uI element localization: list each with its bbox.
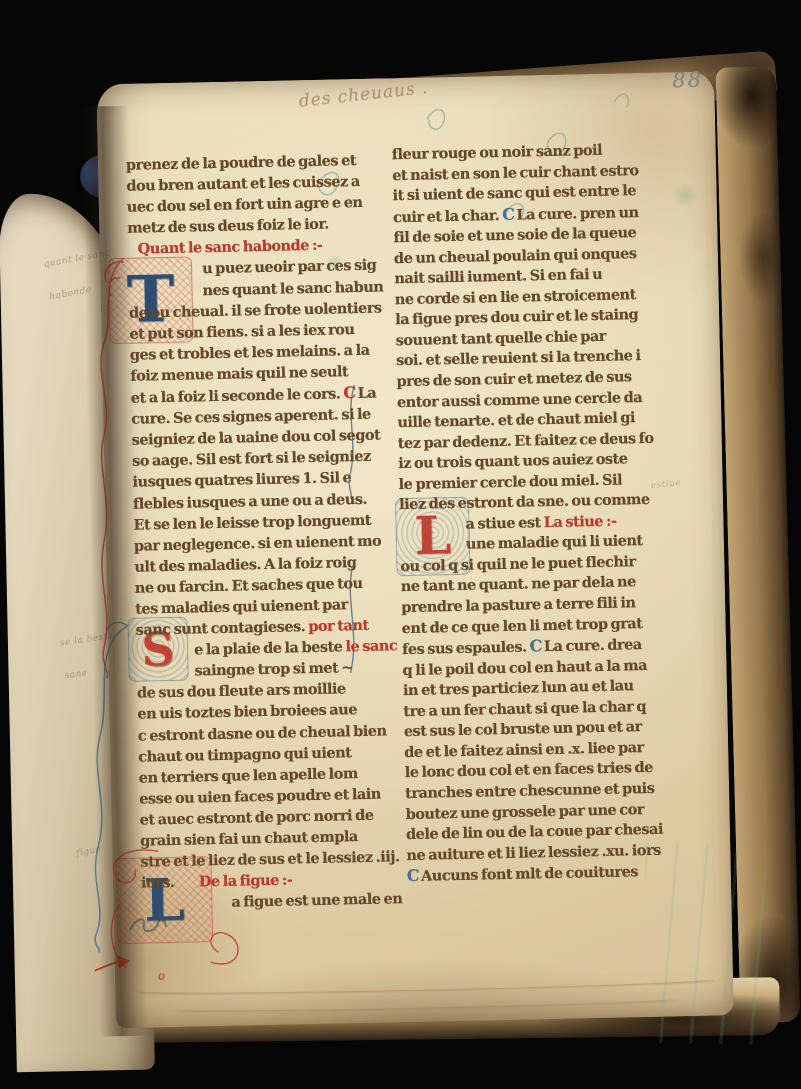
body-text: et a la foiz li seconde le cors. xyxy=(131,385,344,406)
body-text: tranches entre chescunne et puis xyxy=(405,780,655,802)
paraph-mark: C xyxy=(343,383,358,402)
text-column-left: prenez de la poudre de gales etdou bren … xyxy=(126,149,403,915)
page-crease xyxy=(135,974,715,996)
photo-background: des cheuaus . 88 xyxy=(0,0,801,1089)
body-text: et naist en son le cuir chant estro xyxy=(392,162,639,184)
body-text: en uis toztes bien broiees aue xyxy=(137,702,357,724)
rubric-text: Quant le sanc habonde :- xyxy=(138,237,323,258)
body-text: ou col q si quil ne le puet flechir xyxy=(400,553,636,575)
body-text: ne corde si en lie en stroicement xyxy=(395,286,636,308)
body-text: de un cheual poulain qui onques xyxy=(394,245,637,267)
body-text: ne ou farcin. Et saches que tou xyxy=(135,575,363,597)
rubric-text: por tant xyxy=(308,617,369,635)
body-text: est sus le col bruste un pou et ar xyxy=(404,718,642,740)
body-text: fes sus espaules. xyxy=(402,639,530,659)
body-text: ne tant ne quant. ne par dela ne xyxy=(401,574,636,596)
folio-number: 88 xyxy=(672,68,703,93)
body-text: in et tres particiez lun au et lau xyxy=(403,678,634,700)
body-text: it si uient de sanc qui est entre le xyxy=(392,182,636,204)
body-text: grain sien fai un chaut empla xyxy=(140,828,358,850)
body-text: entor aussi comme une cercle da xyxy=(397,389,643,411)
teal-offset-stain xyxy=(670,184,700,207)
body-text: dou bren autant et les cuissez a xyxy=(126,173,360,195)
body-text: de ou cheual. il se frote uolentiers xyxy=(129,299,382,321)
body-text: foiz menue mais quil ne seult xyxy=(130,363,348,385)
body-text: a figue est une male en xyxy=(231,890,402,911)
body-text: a stiue est xyxy=(465,514,544,533)
body-text: la figue pres dou cuir et le staing xyxy=(395,306,638,328)
body-text: prendre la pasture a terre fili in xyxy=(401,594,635,616)
body-text: le lonc dou col et en faces tries de xyxy=(405,759,653,781)
body-text: une maladie qui li uient xyxy=(466,532,643,553)
paraph-mark: C xyxy=(407,866,422,885)
body-text: u puez ueoir par ces sig xyxy=(202,257,377,278)
rubric-text: le sanc xyxy=(345,637,397,655)
rubric-text: La stiue :- xyxy=(544,512,617,531)
marginal-note-right-mid: estiue xyxy=(650,478,682,492)
body-text: nes quant le sanc habun xyxy=(202,278,383,299)
body-text: liez des estront da sne. ou comme xyxy=(399,491,650,513)
body-text: ult des maladies. A la foiz roig xyxy=(134,554,356,576)
book: des cheuaus . 88 xyxy=(23,22,790,1071)
body-text: chaut ou timpagno qui uient xyxy=(138,744,351,765)
body-text: iors. xyxy=(141,874,199,892)
body-text: Aucuns font mlt de couitures xyxy=(421,863,638,885)
body-text: so aage. Sil est fort si le seigniez xyxy=(132,448,371,470)
body-text: nait sailli iument. Si en fai u xyxy=(394,266,602,287)
body-text: prenez de la poudre de gales et xyxy=(126,152,356,174)
body-text: flebles iusques a une ou a deus. xyxy=(133,490,367,512)
page-crease xyxy=(176,994,676,1012)
manuscript-page: des cheuaus . 88 xyxy=(96,71,734,1028)
body-text: par neglegence. si en uienent mo xyxy=(134,532,382,554)
text-line: CAucuns font mlt de couitures xyxy=(407,861,664,888)
body-text: et auec estront de porc norri de xyxy=(139,807,373,829)
body-text: e la plaie de la beste xyxy=(194,638,346,658)
body-text: pres de son cuir et metez de sus xyxy=(396,368,631,390)
body-text: boutez une grossele par une cor xyxy=(405,801,644,823)
body-text: de sus dou fleute ars moillie xyxy=(137,681,346,702)
body-text: La xyxy=(357,385,376,402)
body-text: cuir et la char. xyxy=(393,207,503,226)
body-text: stre et le liez de sus et le lessiez .ii… xyxy=(140,848,399,870)
body-text: uec dou sel en fort uin agre e en xyxy=(127,194,363,216)
paraph-mark: C xyxy=(529,636,544,655)
body-text: le premier cercle dou miel. Sil xyxy=(399,471,623,493)
running-title: des cheuaus . xyxy=(298,78,430,112)
body-text: metz de sus deus foiz le ior. xyxy=(127,216,329,237)
body-text: La cure. pren un xyxy=(516,204,638,224)
body-text: soi. et selle reuient si la trenche i xyxy=(396,348,641,370)
body-text: de et le faitez ainsi en .x. liee par xyxy=(404,739,644,761)
body-text: Et se len le leisse trop longuemt xyxy=(133,511,371,533)
body-text: q li le poil dou col en haut a la ma xyxy=(402,657,647,679)
body-text: cure. Se ces signes aperent. si le xyxy=(131,406,371,428)
body-text: et put son fiens. si a les iex rou xyxy=(129,321,354,343)
body-text: sanc sunt contagieses. xyxy=(136,618,309,639)
paraph-mark: C xyxy=(502,204,517,223)
body-text: tez par dedenz. Et faitez ce deus fo xyxy=(398,429,654,451)
body-text: saingne trop si met ~ xyxy=(194,659,353,679)
body-text: iusques quatres liures 1. Sil e xyxy=(132,470,351,492)
body-text: ne auiture et li liez lessiez .xu. iors xyxy=(406,841,661,863)
body-text: tre a un fer chaut si que la char q xyxy=(403,698,646,720)
body-text: fleur rouge ou noir sanz poil xyxy=(392,142,603,163)
text-column-right: fleur rouge ou noir sanz poilet naist en… xyxy=(392,140,664,888)
body-text: c estront dasne ou de cheual bien xyxy=(138,722,387,744)
body-text: La cure. drea xyxy=(544,636,642,655)
body-text: tes maladies qui uienent par xyxy=(135,596,348,617)
body-text: ent de ce que len li met trop grat xyxy=(402,615,643,637)
body-text: dele de lin ou de la coue par chesai xyxy=(406,821,663,843)
body-text: uille tenarte. et de chaut miel gi xyxy=(397,409,635,431)
body-text: en terriers que len apelle lom xyxy=(139,765,358,787)
body-text: souuent tant quelle chie par xyxy=(395,328,606,349)
body-text: iz ou trois quant uos auiez oste xyxy=(398,451,628,473)
body-text: ges et trobles et les melains. a la xyxy=(130,342,370,364)
rubric-text: De la figue :- xyxy=(199,872,293,891)
body-text: esse ou uien faces poudre et lain xyxy=(139,785,381,807)
body-text: fil de soie et une soie de la queue xyxy=(393,224,636,246)
